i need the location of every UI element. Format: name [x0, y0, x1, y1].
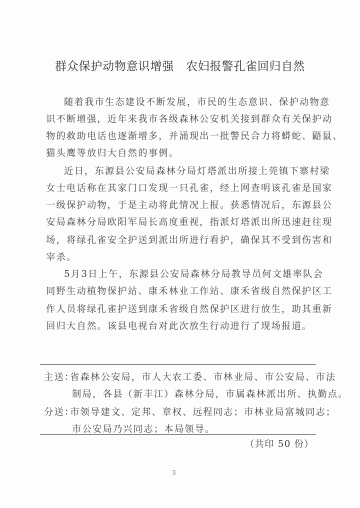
- main-recipients-line-1: 省森林公安局，市人大农工委、市林业局、市公安局、市法: [70, 372, 336, 384]
- copy-recipients-line-1: 市领导建文、定邦、章权、远程同志；市林业局富城同志；: [70, 407, 336, 419]
- paragraph-3-line-4: 回归大自然。该县电视台对此次放生行动进行了现场报道。: [46, 321, 314, 333]
- paragraph-3-line-3: 作人员将绿孔雀护送到康禾省级自然保护区进行放生，助其重新: [46, 304, 314, 316]
- document-page: 群众保护动物意识增强农妇报警孔雀回归自然 随着我市生态建设不断发展，市民的生态意…: [0, 0, 360, 508]
- paragraph-2-line-5: 场，将绿孔雀安全护送到派出所进行看护，确保其不受到伤害和: [46, 235, 314, 247]
- paragraph-2-line-4: 安局森林分局欧阳军局长高度重视，指派灯塔派出所迅速赶往现: [46, 217, 314, 229]
- top-divider: [40, 364, 316, 365]
- main-recipients-line-2: 制局，各县（新丰江）森林分局，市属森林派出所、执勤点。: [72, 389, 348, 401]
- paragraph-2-line-3: 一级保护动物，于是主动将此情况上报。获悉情况后，东源县公: [46, 200, 314, 212]
- paragraph-1-line-2: 识不断增强，近年来我市各级森林公安机关接到群众有关保护动: [46, 114, 314, 126]
- title-part-2: 农妇报警孔雀回归自然: [186, 59, 305, 73]
- paragraph-1-line-3: 物的救助电话也逐渐增多，并涌现出一批警民合力将蟒蛇、鼯鼠、: [46, 131, 314, 143]
- paragraph-2-line-2: 女士电话称在其家门口发现一只孔雀，经上网查明该孔雀是国家: [46, 183, 314, 195]
- paragraph-2-line-6: 宰杀。: [46, 252, 314, 264]
- page-number: 3: [172, 470, 176, 477]
- bottom-divider: [40, 434, 316, 435]
- title-part-1: 群众保护动物意识增强: [55, 59, 174, 73]
- document-title: 群众保护动物意识增强农妇报警孔雀回归自然: [0, 58, 360, 74]
- paragraph-1-line-4: 猫头鹰等放归大自然的事例。: [46, 148, 314, 160]
- paragraph-3-line-2: 同野生动植物保护站、康禾林业工作站、康禾省级自然保护区工: [46, 286, 314, 298]
- paragraph-3-line-1: 5月3日上午，东源县公安局森林分局教导员何文雄率队会: [64, 269, 314, 281]
- copies-note: （共印 50 份）: [245, 439, 314, 451]
- paragraph-1-line-1: 随着我市生态建设不断发展，市民的生态意识、保护动物意: [64, 97, 314, 109]
- paragraph-2-line-1: 近日，东源县公安局森林分局灯塔派出所接上莞镇下寨村梁: [64, 166, 314, 178]
